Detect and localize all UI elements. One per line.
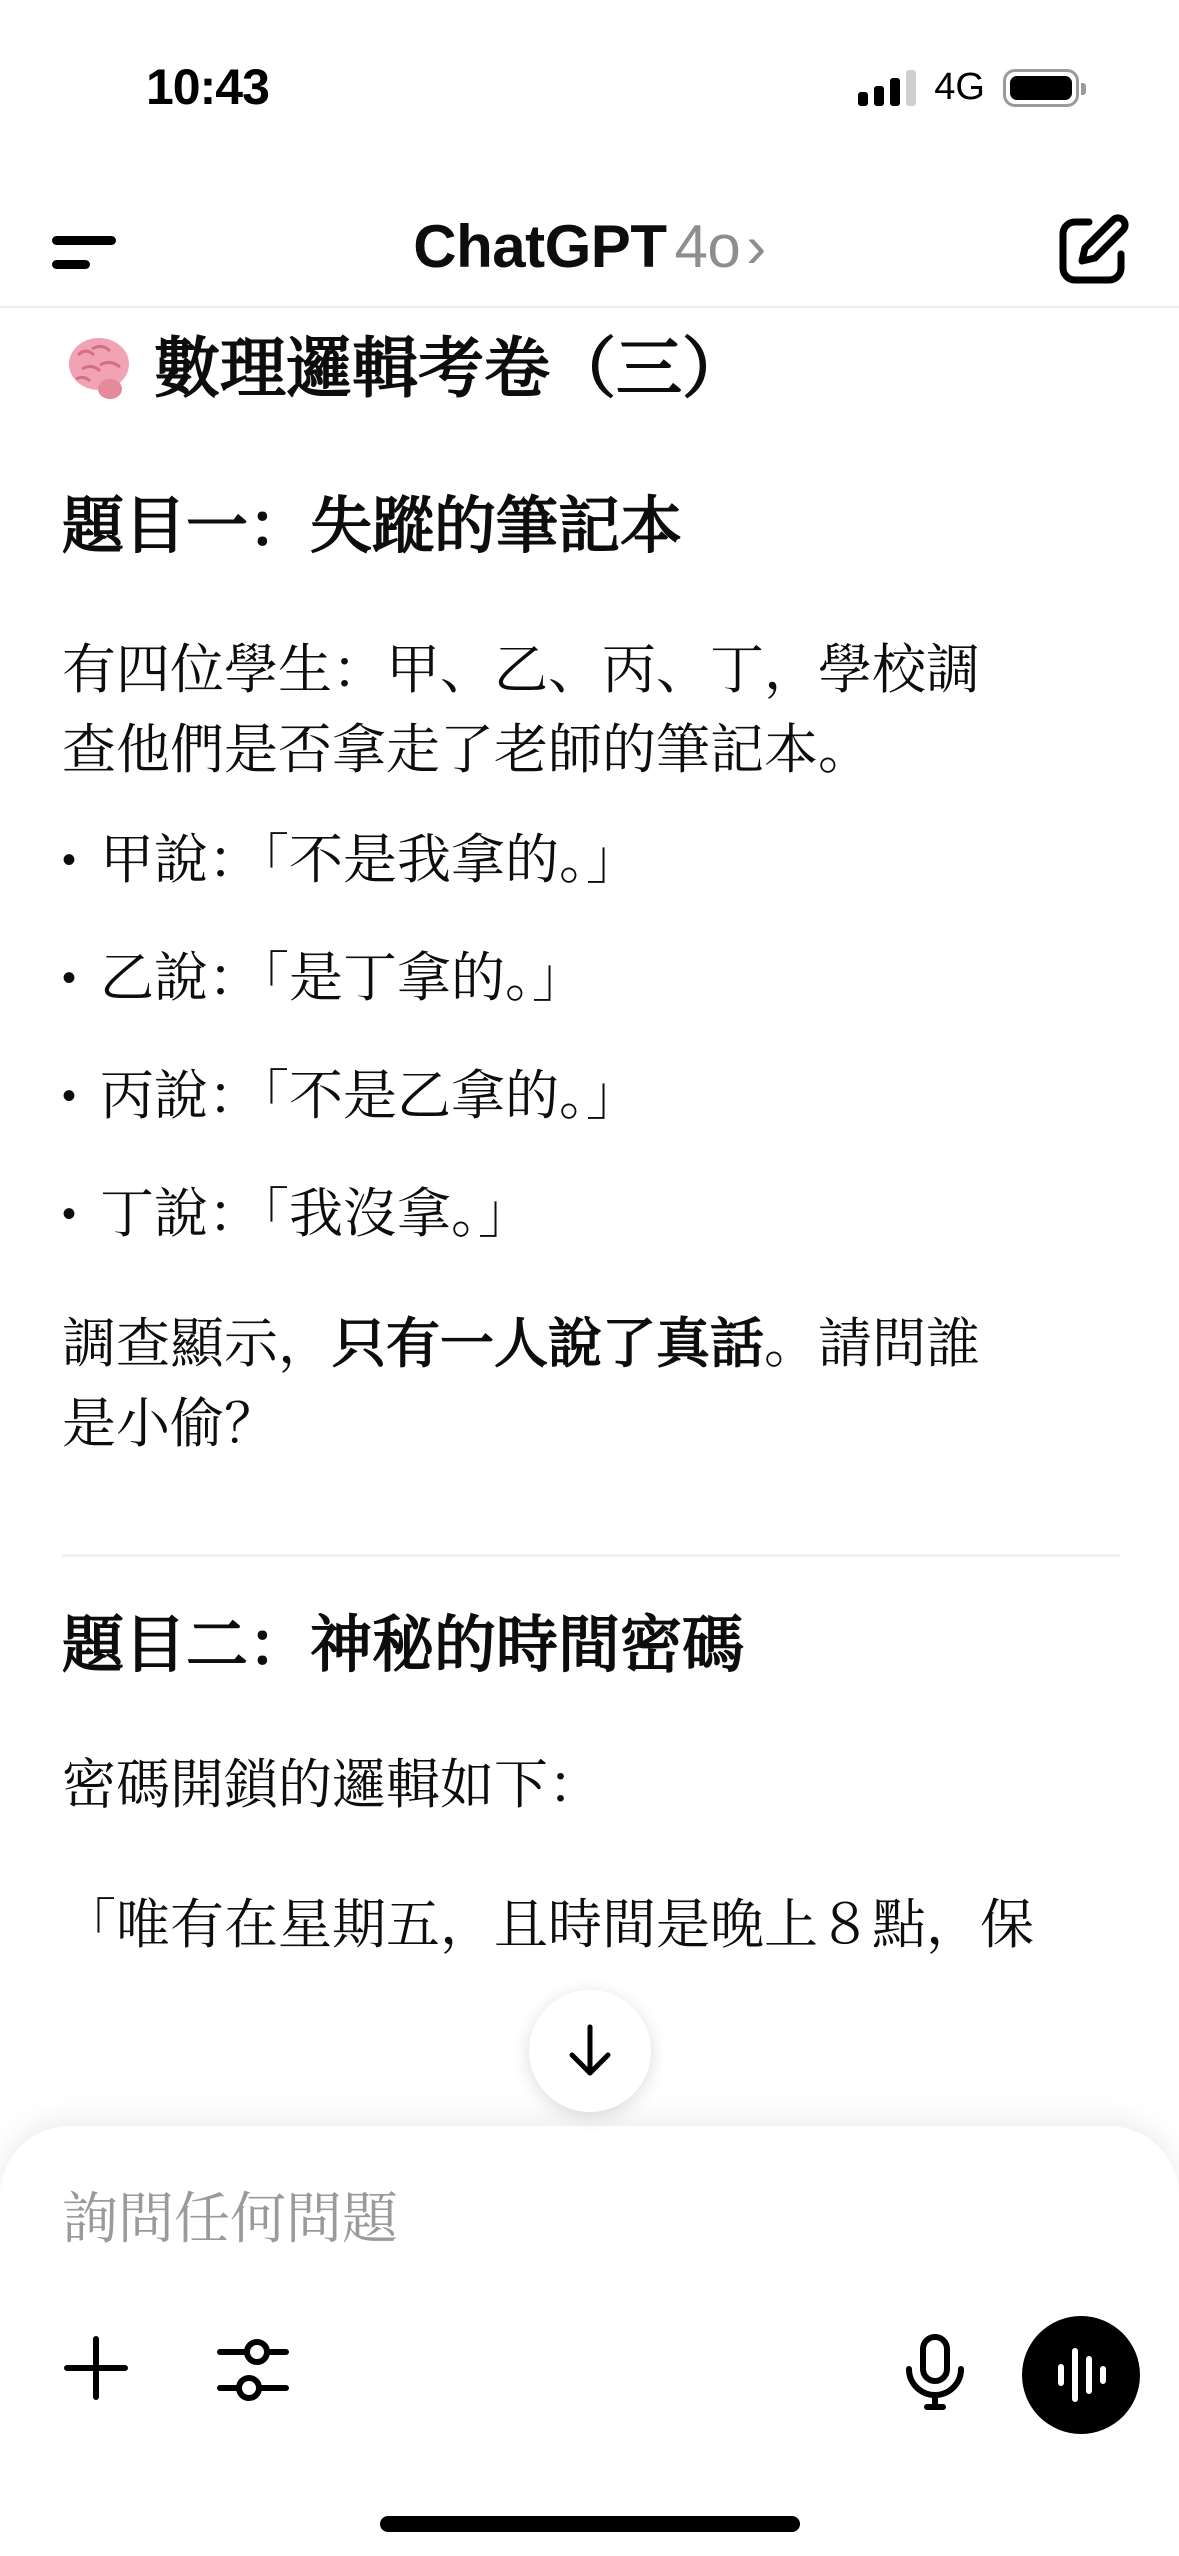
message-title: 數理邏輯考卷（三） [62, 318, 1122, 418]
battery-icon [1003, 69, 1079, 107]
new-chat-icon [1053, 210, 1133, 290]
prompt-bold-text: 只有一人說了真話 [332, 1314, 764, 1374]
home-indicator[interactable] [380, 2516, 800, 2532]
prompt-text: 是小偷？ [62, 1384, 1122, 1464]
statement-text: 丙說：「不是乙拿的。」 [100, 1056, 640, 1136]
question-1-heading: 題目一：失蹤的筆記本 [62, 482, 1122, 572]
message-title-text: 數理邏輯考卷（三） [154, 318, 748, 418]
intro-line: 查他們是否拿走了老師的筆記本。 [62, 710, 1122, 790]
prompt-text: 調查顯示， [62, 1314, 332, 1374]
message-input[interactable] [62, 2186, 962, 2251]
question-1-prompt: 調查顯示，只有一人說了真話。請問誰 是小偷？ [62, 1304, 1122, 1464]
question-2-quote: 「唯有在星期五，且時間是晚上８點，保 [62, 1885, 1122, 1965]
question-2-intro: 密碼開鎖的邏輯如下： [62, 1745, 1122, 1825]
status-indicators: 4G [858, 66, 1079, 109]
status-bar: 10:43 4G [0, 0, 1179, 150]
list-item: •乙說：「是丁拿的。」 [62, 938, 1122, 1018]
dictation-button[interactable] [890, 2328, 980, 2418]
model-selector[interactable]: ChatGPT4o› [0, 212, 1179, 281]
new-chat-button[interactable] [1053, 210, 1133, 290]
app-title: ChatGPT [413, 213, 666, 280]
status-time: 10:43 [146, 58, 269, 116]
arrow-down-icon [562, 2021, 618, 2081]
network-type: 4G [934, 66, 985, 109]
list-item: •丁說：「我沒拿。」 [62, 1174, 1122, 1254]
microphone-icon [903, 2333, 967, 2413]
statement-list: •甲說：「不是我拿的。」 •乙說：「是丁拿的。」 •丙說：「不是乙拿的。」 •丁… [62, 820, 1122, 1254]
question-1-intro: 有四位學生：甲、乙、丙、丁，學校調 查他們是否拿走了老師的筆記本。 [62, 630, 1122, 790]
chevron-right-icon: › [746, 212, 765, 281]
scroll-to-bottom-button[interactable] [529, 1990, 651, 2112]
question-2-heading: 題目二：神秘的時間密碼 [62, 1601, 1122, 1691]
prompt-text: 。請問誰 [764, 1314, 980, 1374]
list-item: •甲說：「不是我拿的。」 [62, 820, 1122, 900]
statement-text: 丁說：「我沒拿。」 [100, 1174, 532, 1254]
tools-button[interactable] [208, 2328, 298, 2408]
model-name: 4o [674, 213, 740, 280]
voice-mode-button[interactable] [1022, 2316, 1140, 2434]
voice-mode-icon [1051, 2345, 1111, 2405]
list-item: •丙說：「不是乙拿的。」 [62, 1056, 1122, 1136]
assistant-message: 數理邏輯考卷（三） 題目一：失蹤的筆記本 有四位學生：甲、乙、丙、丁，學校調 查… [62, 318, 1122, 1965]
brain-emoji-icon [62, 331, 136, 405]
plus-icon [61, 2333, 131, 2403]
statement-text: 甲說：「不是我拿的。」 [100, 820, 640, 900]
sliders-icon [216, 2333, 290, 2403]
signal-icon [858, 70, 916, 106]
statement-text: 乙說：「是丁拿的。」 [100, 938, 586, 1018]
attach-button[interactable] [56, 2328, 136, 2408]
nav-bar: ChatGPT4o› [0, 190, 1179, 308]
intro-line: 有四位學生：甲、乙、丙、丁，學校調 [62, 630, 1122, 710]
composer [0, 2126, 1179, 2556]
